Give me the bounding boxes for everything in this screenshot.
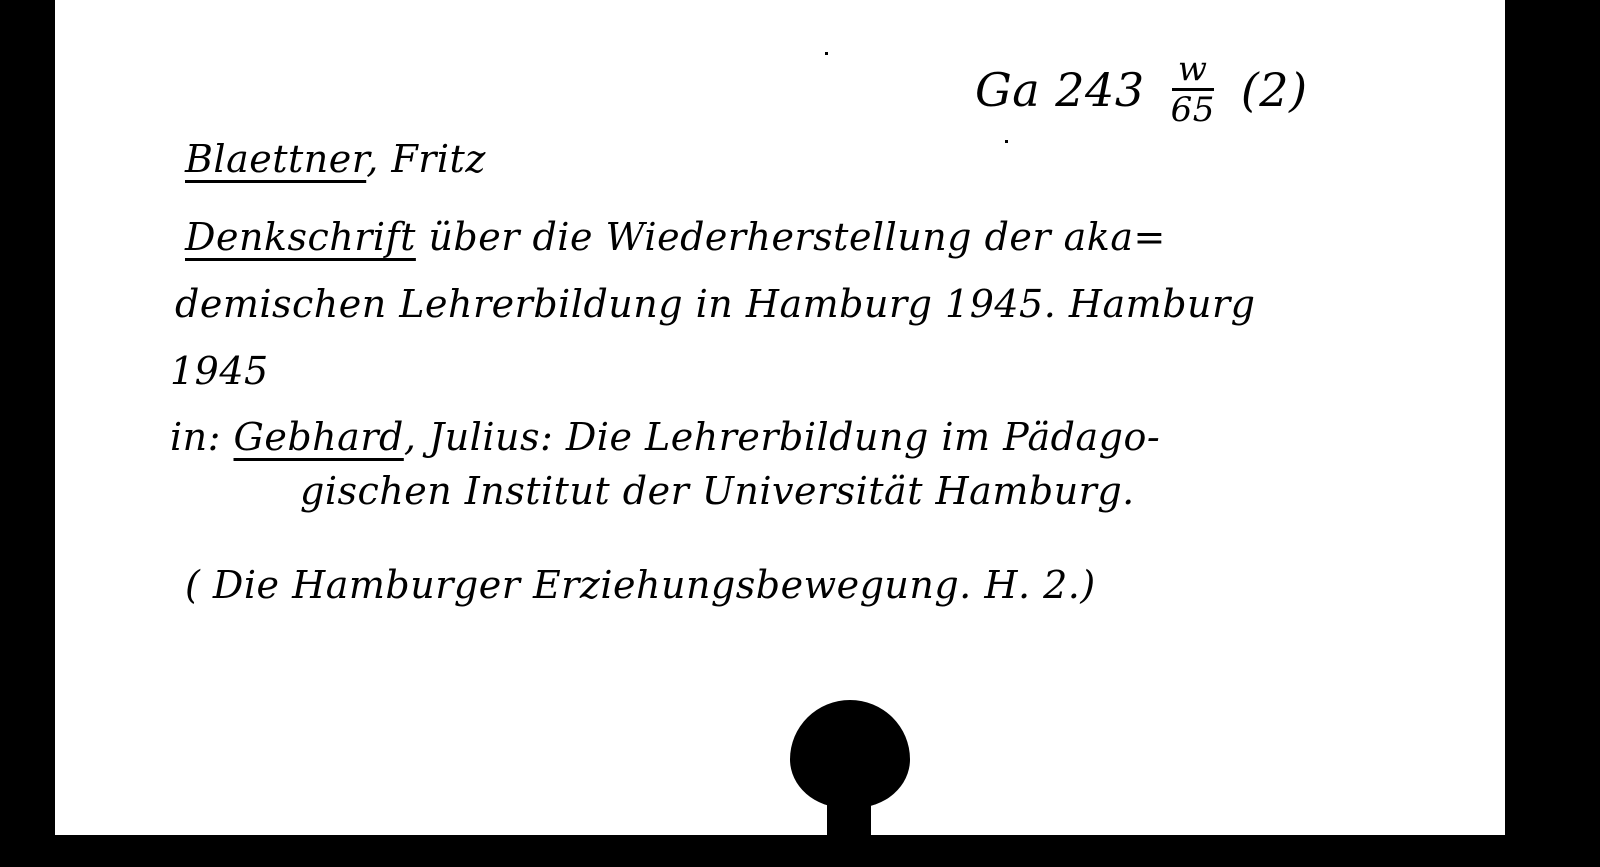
- series-note: ( Die Hamburger Erziehungsbewegung. H. 2…: [185, 566, 1096, 604]
- source-line-1-rest: , Julius: Die Lehrerbildung im Pädago-: [404, 415, 1160, 459]
- scanned-catalog-card: Ga 243 w 65 (2) Blaettner, Fritz Denksch…: [0, 0, 1600, 867]
- source-line-2: gischen Institut der Universität Hamburg…: [300, 472, 1135, 510]
- card-sheet: Ga 243 w 65 (2) Blaettner, Fritz Denksch…: [55, 0, 1505, 835]
- shelfmark-volume: (2): [1241, 63, 1308, 117]
- title-line-1-rest: über die Wiederherstellung der aka=: [416, 215, 1166, 259]
- shelfmark: Ga 243 w 65 (2): [975, 52, 1308, 127]
- shelfmark-fraction-numerator: w: [1172, 52, 1214, 91]
- shelfmark-prefix: Ga 243: [975, 63, 1145, 117]
- author-forename: , Fritz: [366, 137, 486, 181]
- source-prefix: in:: [170, 415, 234, 459]
- ink-speck: [1509, 105, 1512, 108]
- title-line-1: Denkschrift über die Wiederherstellung d…: [185, 218, 1166, 256]
- source-editor-surname: Gebhard: [234, 415, 404, 459]
- title-line-2: demischen Lehrerbildung in Hamburg 1945.…: [175, 285, 1256, 323]
- source-line-1: in: Gebhard, Julius: Die Lehrerbildung i…: [170, 418, 1160, 456]
- title-keyword: Denkschrift: [185, 215, 416, 259]
- punch-hole-slot: [827, 790, 871, 840]
- ink-speck: [1005, 140, 1008, 143]
- shelfmark-fraction-denominator: 65: [1171, 91, 1215, 127]
- ink-speck: [825, 52, 828, 55]
- author-surname: Blaettner: [185, 137, 366, 181]
- publication-year: 1945: [170, 352, 269, 390]
- shelfmark-fraction: w 65: [1171, 52, 1215, 127]
- author-line: Blaettner, Fritz: [185, 140, 486, 178]
